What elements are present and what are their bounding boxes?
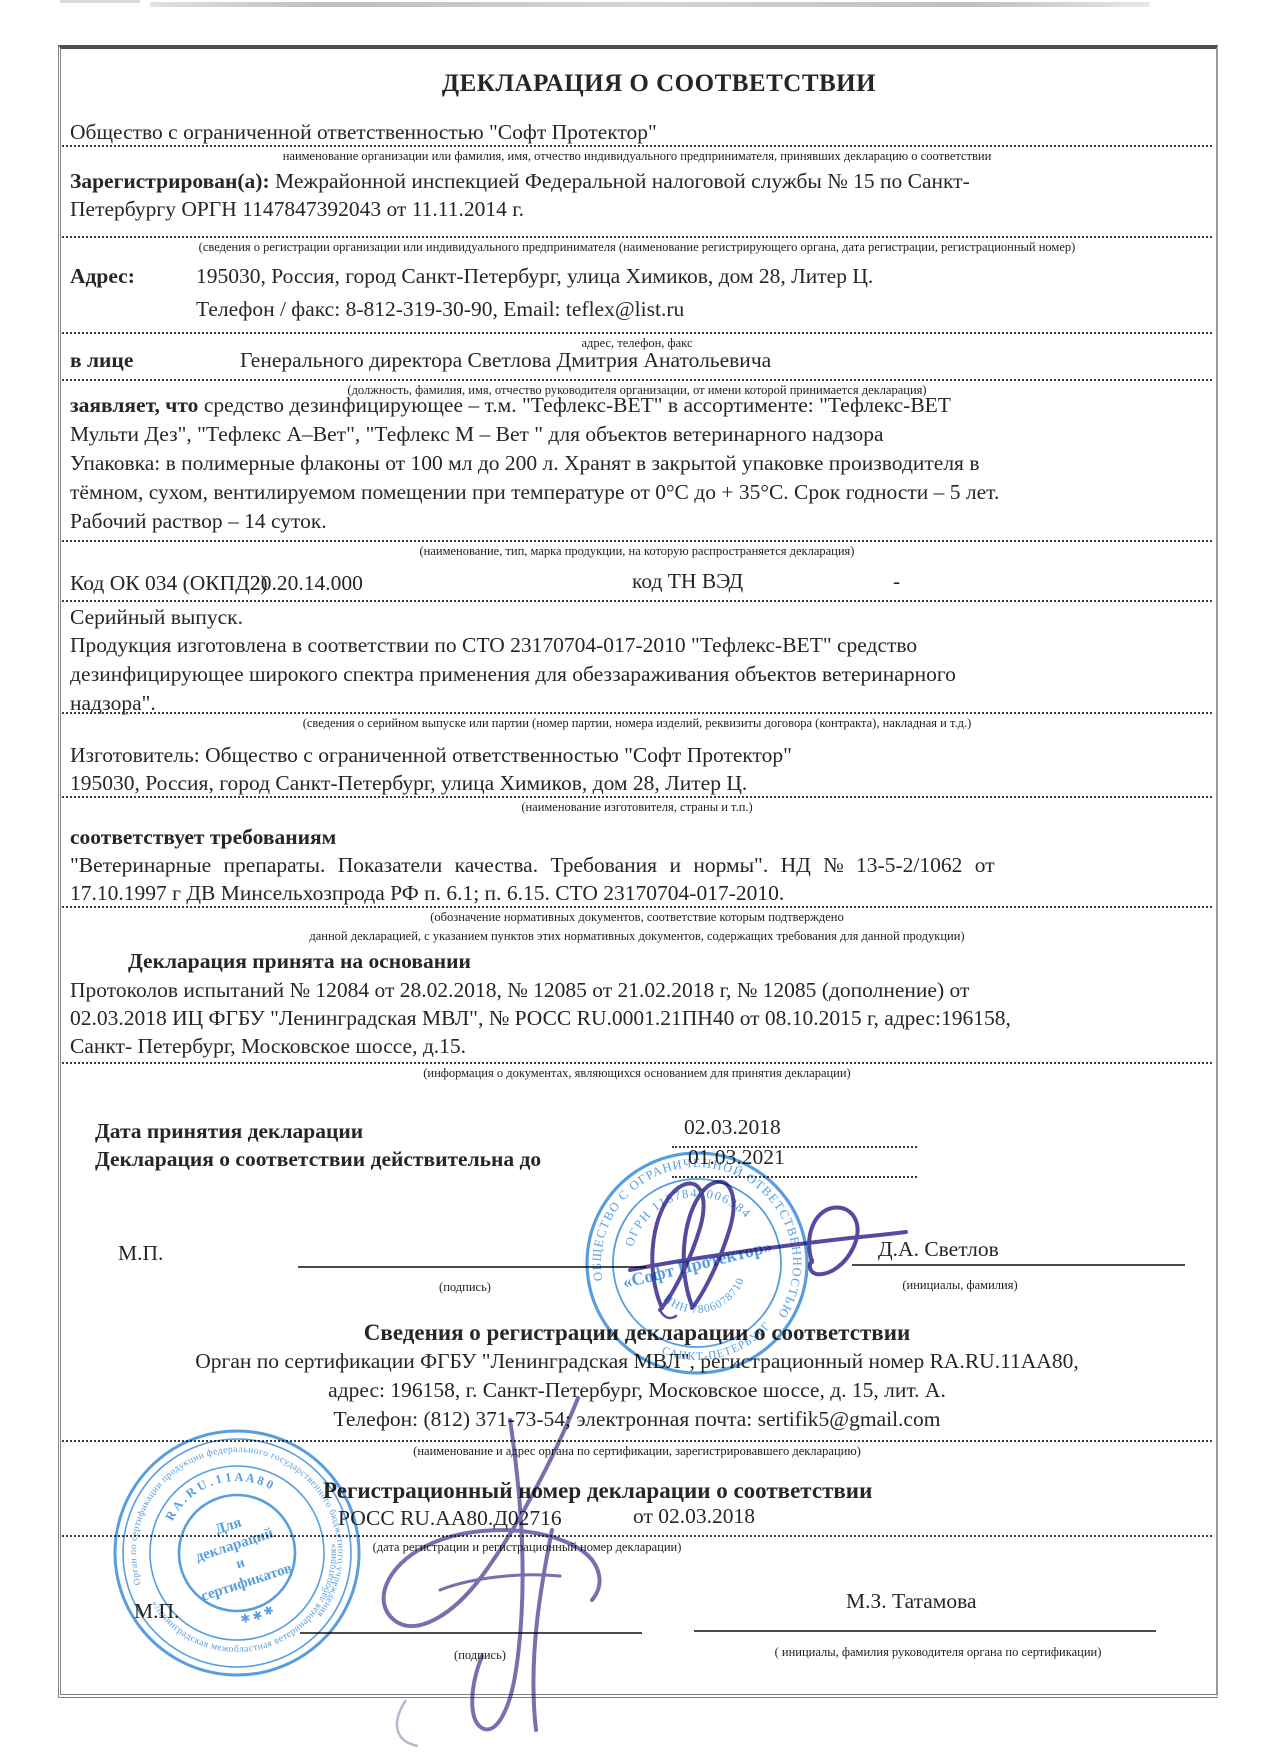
date-adopted-value: 02.03.2018 <box>684 1114 781 1141</box>
page-title: ДЕКЛАРАЦИЯ О СООТВЕТСТВИИ <box>84 70 1234 98</box>
signature-line <box>694 1630 1156 1632</box>
authority-head-name: М.З. Татамова <box>846 1588 977 1615</box>
dotted-rule <box>62 600 1212 602</box>
address-line1: 195030, Россия, город Санкт-Петербург, у… <box>196 263 873 290</box>
authority-head-caption: ( инициалы, фамилия руководителя органа … <box>728 1645 1148 1660</box>
registration-line2: Петербургу ОРГН 1147847392043 от 11.11.2… <box>70 196 524 223</box>
scan-streak <box>150 2 1150 7</box>
product-line4: тёмном, сухом, вентилируемом помещении п… <box>70 479 999 506</box>
declarant-name: Общество с ограниченной ответственностью… <box>70 119 657 146</box>
signature-caption: (подпись) <box>380 1280 550 1295</box>
serial-line2: дезинфицирующее широкого спектра примене… <box>70 661 956 688</box>
date-adopted-label: Дата принятия декларации <box>95 1118 363 1145</box>
manufacturer-line2: 195030, Россия, город Санкт-Петербург, у… <box>70 770 747 797</box>
serial-line: Серийный выпуск. <box>70 604 243 631</box>
product-line3: Упаковка: в полимерные флаконы от 100 мл… <box>70 450 979 477</box>
basis-line2: 02.03.2018 ИЦ ФГБУ "Ленинградская МВЛ", … <box>70 1005 1011 1032</box>
manufacturer-caption: (наименование изготовителя, страны и т.п… <box>62 800 1212 815</box>
complies-caption1: (обозначение нормативных документов, соо… <box>62 910 1212 925</box>
tnved-label: код ТН ВЭД <box>632 568 743 595</box>
dotted-rule <box>62 1062 1212 1064</box>
dotted-rule <box>62 796 1212 798</box>
registration-line1: Зарегистрирован(а): Межрайонной инспекци… <box>70 168 970 195</box>
product-text: средство дезинфицирующее – т.м. "Тефлекс… <box>198 393 951 417</box>
person-label: в лице <box>70 347 133 374</box>
dotted-rule <box>62 145 1212 147</box>
okpd-value: 20.20.14.000 <box>250 570 363 597</box>
authority-signature <box>320 1380 680 1754</box>
product-caption: (наименование, тип, марка продукции, на … <box>62 544 1212 559</box>
dotted-rule <box>62 332 1212 334</box>
address-line2: Телефон / факс: 8-812-319-30-90, Email: … <box>196 296 684 323</box>
stamp-place-label: М.П. <box>118 1240 163 1267</box>
registration-text: Межрайонной инспекцией Федеральной налог… <box>270 169 970 193</box>
stamp-authority-center-line4: сертификатов <box>199 1560 294 1604</box>
dotted-rule <box>62 379 1212 381</box>
product-line2: Мульти Дез", "Тефлекс А–Вет", "Тефлекс М… <box>70 421 884 448</box>
registration-caption: (сведения о регистрации организации или … <box>62 240 1212 255</box>
complies-line2: 17.10.1997 г ДВ Минсельхозпрода РФ п. 6.… <box>70 880 784 907</box>
complies-line1: "Ветеринарные препараты. Показатели каче… <box>70 852 995 879</box>
basis-caption: (информация о документах, являющихся осн… <box>62 1066 1212 1081</box>
tnved-value: - <box>893 568 900 595</box>
complies-caption2: данной декларацией, с указанием пунктов … <box>62 929 1212 944</box>
serial-caption: (сведения о серийном выпуске или партии … <box>62 716 1212 731</box>
okpd-label: Код ОК 034 (ОКПД2) <box>70 570 268 597</box>
dotted-rule <box>62 712 1212 714</box>
declarant-caption: наименование организации или фамилия, им… <box>62 149 1212 164</box>
declaration-document: ДЕКЛАРАЦИЯ О СООТВЕТСТВИИ Общество с огр… <box>0 0 1276 1755</box>
serial-line1: Продукция изготовлена в соответствии по … <box>70 632 917 659</box>
product-line1: заявляет, что средство дезинфицирующее –… <box>70 392 951 419</box>
registration-label: Зарегистрирован(а): <box>70 169 270 193</box>
stamp-authority-center-line3: и <box>234 1556 246 1573</box>
basis-line3: Санкт- Петербург, Московское шоссе, д.15… <box>70 1033 466 1060</box>
manufacturer-line1: Изготовитель: Общество с ограниченной от… <box>70 742 792 769</box>
valid-until-label: Декларация о соответствии действительна … <box>95 1146 541 1173</box>
basis-line1: Протоколов испытаний № 12084 от 28.02.20… <box>70 977 969 1004</box>
scan-streak <box>60 0 140 3</box>
stamp-authority-stars: ✱ ✱ ✱ <box>237 1602 277 1629</box>
person-value: Генерального директора Светлова Дмитрия … <box>240 347 771 374</box>
director-signature <box>600 1150 920 1330</box>
complies-label: соответствует требованиям <box>70 824 336 851</box>
address-label: Адрес: <box>70 263 135 290</box>
product-line5: Рабочий раствор – 14 суток. <box>70 508 327 535</box>
dotted-rule <box>62 906 1212 908</box>
dotted-rule <box>62 540 1212 542</box>
dotted-rule <box>62 236 1212 238</box>
basis-label: Декларация принята на основании <box>128 948 471 975</box>
svg-text:✱ ✱ ✱: ✱ ✱ ✱ <box>237 1602 277 1629</box>
product-label: заявляет, что <box>70 393 198 417</box>
